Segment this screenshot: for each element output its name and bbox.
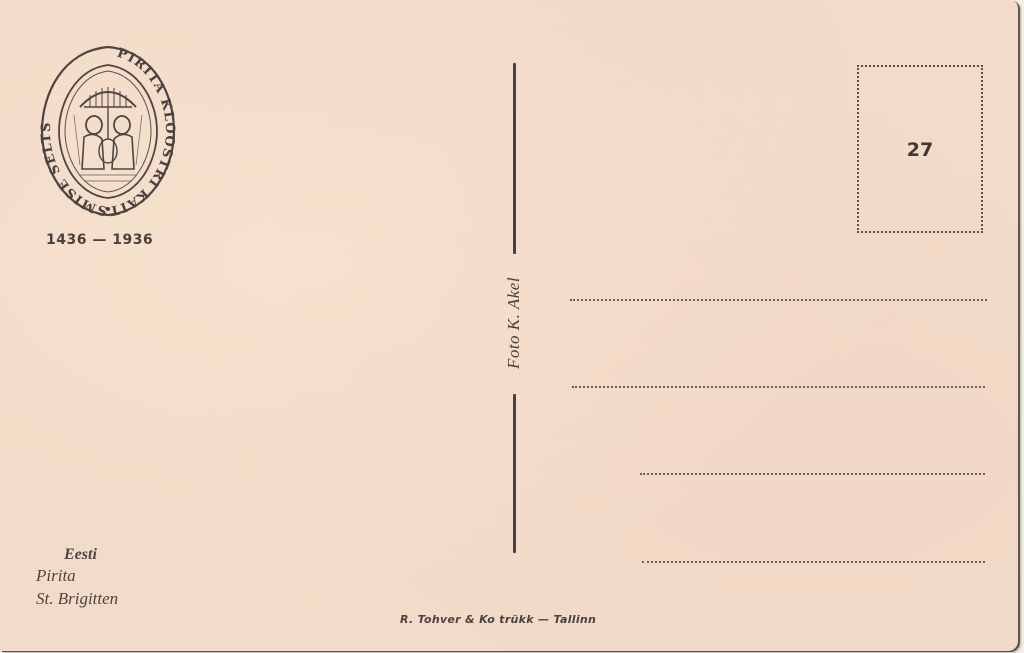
photo-credit: Foto K. Akel [504, 277, 524, 369]
address-line-2 [572, 386, 985, 388]
place-label: Pirita [36, 566, 76, 586]
address-line-3 [640, 473, 985, 475]
seal-emblem-icon: PIRITA KLOOSTRI KAITSMISE SELTS [40, 45, 176, 217]
stamp-number: 27 [859, 139, 981, 161]
divider-bottom [513, 394, 516, 553]
divider-top [513, 63, 516, 254]
seal-years: 1436 — 1936 [46, 232, 153, 248]
address-line-1 [570, 299, 987, 301]
address-line-4 [642, 561, 985, 563]
country-label: Eesti [64, 546, 97, 564]
site-label: St. Brigitten [36, 589, 118, 609]
postcard-back: PIRITA KLOOSTRI KAITSMISE SELTS 1436 — 1… [0, 0, 1018, 651]
stamp-box: 27 [857, 65, 983, 233]
printer-credit: R. Tohver & Ko trükk — Tallinn [400, 613, 596, 626]
